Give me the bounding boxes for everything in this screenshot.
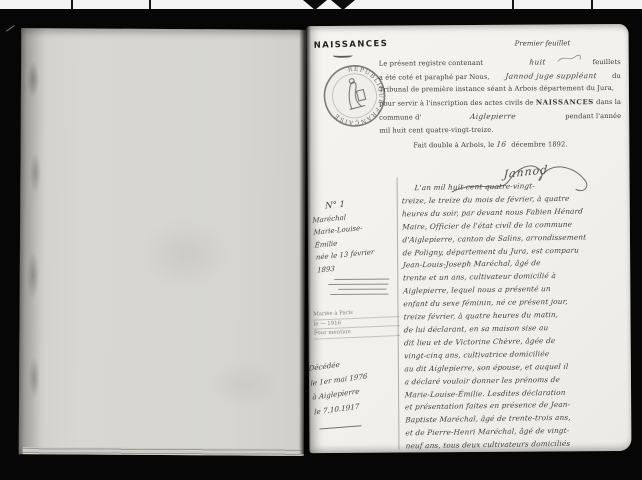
marriage-mention-stamp: Mariée à Paris le — 1916 Pour mention [313, 307, 400, 339]
film-tick [71, 0, 73, 9]
left-page [19, 28, 307, 456]
handwritten-fill: Aiglepierre [421, 112, 566, 122]
page-title: NAISSANCES [314, 39, 389, 51]
printed-text-bold: NAISSANCES [536, 98, 594, 106]
film-scratch [6, 25, 20, 39]
book-gutter [299, 26, 311, 454]
handwritten-fill: 16 [496, 139, 507, 148]
frame-marker-triangle-icon [331, 0, 355, 10]
printed-text: Tribunal de première instance séant à Ar… [379, 84, 614, 94]
handwritten-fill: Jannod juge suppléant [489, 71, 612, 81]
paper-stain [209, 359, 279, 409]
right-page: NAISSANCES Premier feuillet RÉPUBLIQUE F… [307, 24, 632, 453]
printed-text: Le présent registre contenant [379, 59, 483, 68]
registry-preamble: Le présent registre contenant huit feuil… [379, 57, 622, 154]
film-tick [512, 0, 514, 9]
folio-label: Premier feuillet [515, 39, 571, 47]
death-mention-note: Décédée le 1er mai 1976 à Aiglepierre le… [308, 350, 407, 419]
act-line: neuf ans, tous deux cultivateurs domicil… [405, 437, 620, 453]
margin-scribbles [334, 279, 394, 299]
printed-text: pendant l'année [565, 112, 621, 120]
printed-text: feuillets [593, 58, 621, 66]
birth-act-text: L'an mil huit cent quatre-vingt- treize,… [401, 179, 619, 453]
preamble-line: Fait double à Arbois, le 16 décembre 189… [413, 138, 621, 153]
printed-text: du [612, 72, 621, 80]
frame-marker-triangle-icon [303, 0, 327, 10]
printed-text: mil huit cent quatre-vingt-treize. [379, 126, 493, 135]
film-tick [591, 0, 593, 9]
printed-text: décembre 1892. [511, 140, 567, 148]
printed-text: dans la [596, 98, 621, 106]
printed-text: Fait double à Arbois, le [413, 140, 494, 149]
printed-text: pour servir à l'inscription des actes ci… [379, 98, 534, 107]
printed-text: commune d' [379, 114, 421, 122]
printed-text: a été coté et paraphé par Nous, [379, 72, 490, 81]
film-tick [149, 0, 151, 9]
microfilm-scan: NAISSANCES Premier feuillet RÉPUBLIQUE F… [0, 0, 642, 480]
paper-stain [140, 219, 230, 290]
act-margin-note: N° 1 Maréchal Marie-Louise- Émilie née l… [311, 194, 400, 276]
pen-flourish [557, 53, 583, 63]
stacked-page-edges [23, 447, 302, 456]
title-flourish [333, 53, 353, 58]
death-note-flourish [319, 421, 361, 429]
binding-tear [19, 28, 48, 454]
film-strip [0, 0, 642, 9]
